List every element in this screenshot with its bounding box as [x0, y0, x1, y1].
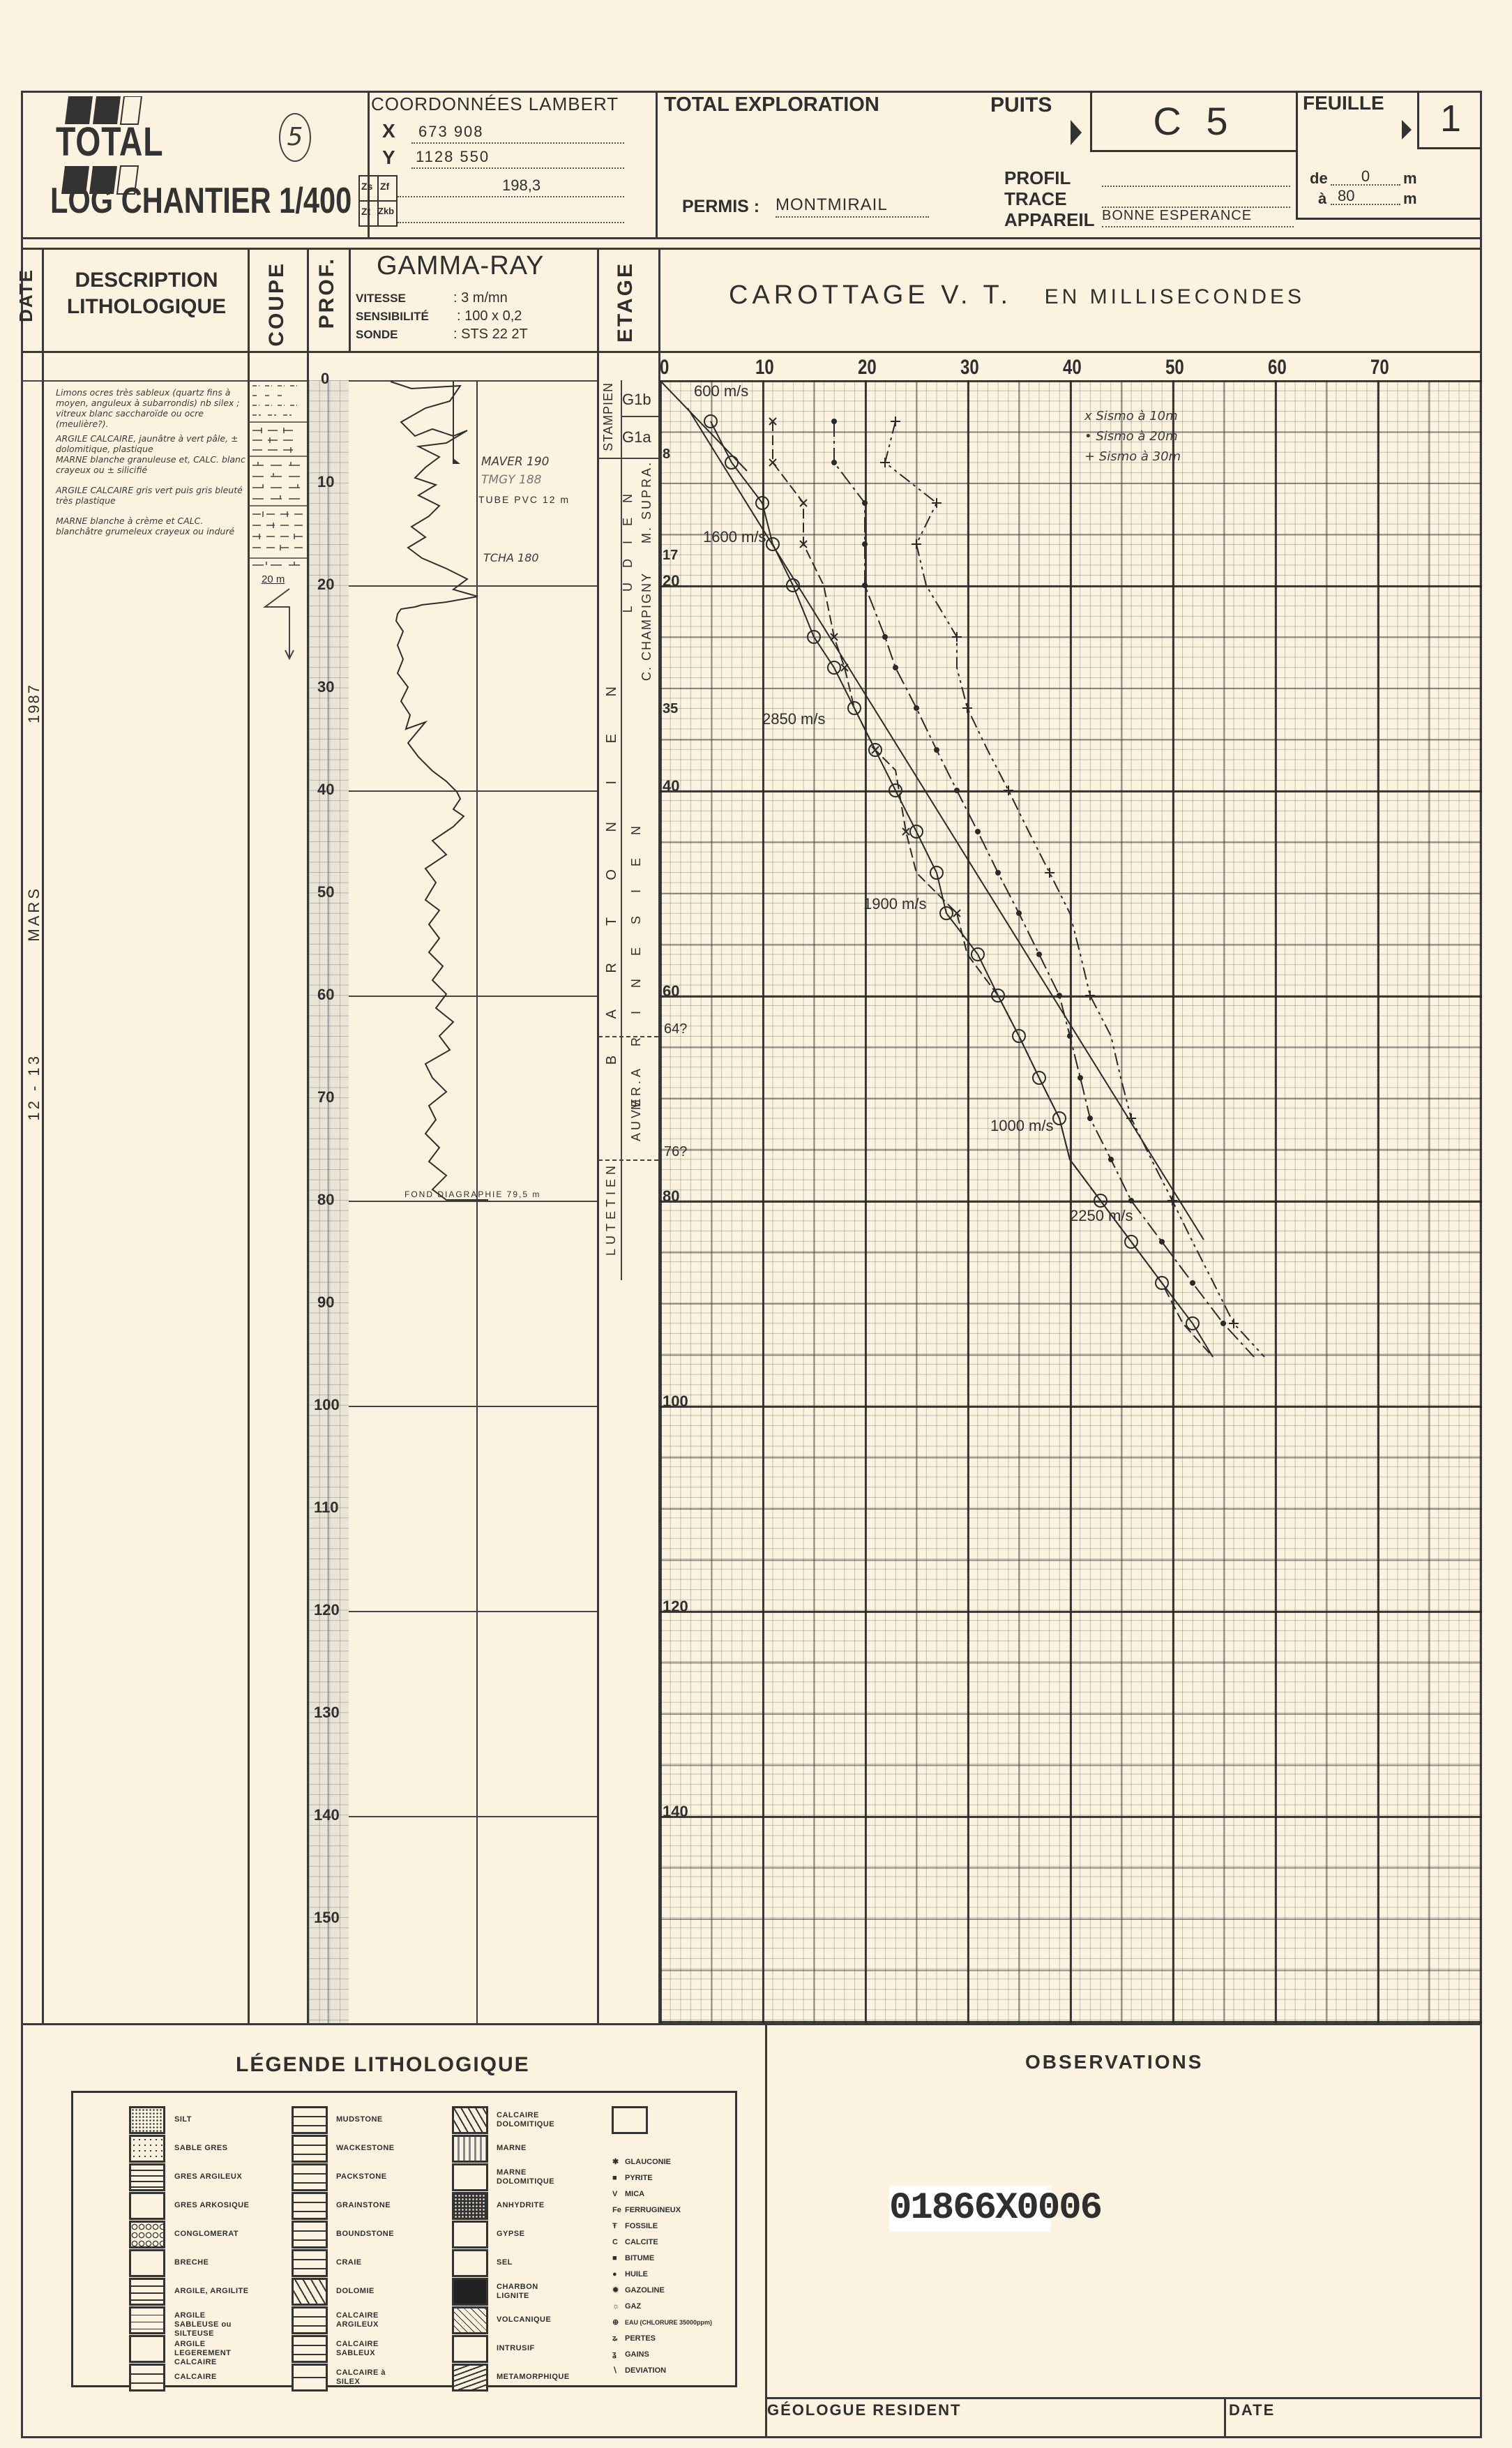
sensibilite-value: : 100 x 0,2	[457, 308, 522, 324]
depth-tick: 130	[314, 1704, 340, 1722]
legend-label: CRAIE	[336, 2258, 362, 2267]
x-tick: 10	[755, 356, 774, 380]
arrow-down-icon	[262, 587, 303, 668]
legend-swatch-argile-sableuse	[129, 2306, 165, 2334]
etage-m-supra: M. SUPRA.	[640, 460, 654, 543]
legend-entry-30m: + Sismo à 30m	[1084, 446, 1181, 467]
legend-swatch-breche	[129, 2249, 165, 2277]
legend-swatch-grainstone	[292, 2192, 328, 2220]
legend-swatch-volcanique	[452, 2306, 488, 2334]
legend-label: ARGILE LEGEREMENT CALCAIRE	[174, 2340, 258, 2367]
x-label: X	[382, 120, 395, 142]
gamma-annotation-tcha: TCHA 180	[483, 551, 539, 564]
date-col-sep	[42, 248, 44, 2023]
depth-tick: 0	[321, 370, 329, 388]
legend-swatch-mudstone	[292, 2106, 328, 2134]
description-item: MARNE blanche granuleuse et, CALC. blanc…	[56, 454, 245, 475]
date-month: MARS	[25, 886, 43, 942]
legend-swatch-silt	[129, 2106, 165, 2134]
de-field[interactable]: 0	[1331, 167, 1400, 186]
sonde-value: : STS 22 2T	[453, 326, 528, 343]
x-value: 673 908	[418, 123, 484, 140]
col-header-carottage: CAROTTAGE V. T. EN MILLISECONDES	[729, 280, 1305, 310]
etage-ludien: L U D I E N	[621, 488, 635, 613]
legend-swatch-calcaire-silex	[292, 2364, 328, 2391]
z-label-zf: Zf	[380, 181, 389, 192]
vitesse-value: : 3 m/mn	[453, 290, 508, 306]
legend-swatch-argile-calcaire	[129, 2335, 165, 2363]
gamma-annotation-maver: MAVER 190	[481, 455, 549, 469]
lithology-pattern-icon	[249, 380, 307, 572]
description-item: Limons ocres très sableux (quartz fins à…	[56, 387, 245, 429]
chart-depth-tick: 140	[663, 1803, 688, 1821]
feuille-label: FEUILLE	[1303, 92, 1384, 114]
geologue-field[interactable]	[767, 2421, 1220, 2436]
legend-label: GYPSE	[497, 2230, 524, 2239]
depth-tick: 80	[317, 1191, 334, 1209]
legend-symbol-item: VMICA	[612, 2186, 712, 2202]
col-header-description: DESCRIPTION LITHOLOGIQUE	[49, 267, 244, 320]
de-unit: m	[1403, 170, 1417, 188]
legend-swatch-gypse	[452, 2221, 488, 2248]
header-vsep-2	[656, 91, 658, 239]
legend-label: CALCAIRE ARGILEUX	[336, 2311, 392, 2329]
description-item: ARGILE CALCAIRE, jaunâtre à vert pâle, ±…	[56, 433, 245, 454]
depth-tick: 100	[314, 1396, 340, 1414]
sensibilite-label: SENSIBILITÉ	[356, 310, 429, 324]
legend-swatch-packstone	[292, 2163, 328, 2191]
x-tick: 50	[1165, 356, 1184, 380]
legend-label: MARNE DOLOMITIQUE	[497, 2168, 559, 2186]
legend-swatch-boundstone	[292, 2221, 328, 2248]
z-grid: Zs Zf Zt Zkb	[358, 175, 398, 227]
depth-tick: 40	[317, 781, 334, 799]
legend-swatch-gres-argileux	[129, 2163, 165, 2191]
observations-area[interactable]	[767, 2086, 1480, 2396]
legend-label: METAMORPHIQUE	[497, 2373, 570, 2382]
date-days: 12 - 13	[25, 1053, 43, 1121]
trace-field[interactable]	[1102, 190, 1290, 208]
coupe-note: 20 m	[262, 573, 285, 585]
legend-symbol-item: ∖DEVIATION	[612, 2363, 712, 2379]
legend-label: MARNE	[497, 2144, 527, 2153]
legend-symbol-item: ✹GAZOLINE	[612, 2283, 712, 2299]
col-header-description-text: DESCRIPTION LITHOLOGIQUE	[67, 269, 226, 318]
a-unit: m	[1403, 190, 1417, 208]
sonde-label: SONDE	[356, 328, 398, 342]
legend-entry-20m: • Sismo à 20m	[1084, 426, 1181, 446]
legend-label: CALCAIRE à SILEX	[336, 2368, 392, 2387]
legend-swatch-gres-arkosique	[129, 2192, 165, 2220]
legend-label: CHARBON LIGNITE	[497, 2283, 545, 2301]
carottage-unit: EN MILLISECONDES	[1045, 285, 1305, 308]
legend-symbol-item: ■BITUME	[612, 2251, 712, 2267]
legend-swatch-sel	[452, 2249, 488, 2277]
legend-symbol-item: ●HUILE	[612, 2267, 712, 2283]
etage-marinesien: M A R I N E S I E N	[629, 816, 644, 1110]
date-field[interactable]	[1227, 2421, 1479, 2436]
feuille-value: 1	[1440, 98, 1461, 140]
legend-swatch-argile	[129, 2278, 165, 2306]
col-header-coupe: COUPE	[265, 262, 289, 347]
depth-tick: 60	[317, 986, 334, 1004]
y-value: 1128 550	[416, 148, 490, 165]
vt-plot	[660, 380, 1482, 1427]
puits-label: PUITS	[990, 93, 1052, 117]
etage-c-champigny: C. CHAMPIGNY	[640, 572, 654, 681]
legend-title: LÉGENDE LITHOLOGIQUE	[236, 2053, 530, 2077]
legend-swatch-calcaire	[129, 2364, 165, 2391]
y-label: Y	[382, 147, 395, 169]
legend-swatch-intrusif	[452, 2335, 488, 2363]
permis-value: MONTMIRAIL	[776, 195, 888, 214]
legend-label: CALCAIRE DOLOMITIQUE	[497, 2111, 559, 2129]
depth-tick: 70	[317, 1088, 334, 1106]
legend-label: ANHYDRITE	[497, 2201, 545, 2210]
col-header-etage: ETAGE	[614, 262, 637, 343]
depth-tick: 50	[317, 883, 334, 901]
date-year: 1987	[25, 684, 43, 723]
legend-symbol-item: ☼GAZ	[612, 2299, 712, 2315]
legend-label: ARGILE SABLEUSE ou SILTEUSE	[174, 2311, 251, 2338]
x-tick: 60	[1268, 356, 1287, 380]
legend-swatch-charbon	[452, 2278, 488, 2306]
depth-tick: 110	[314, 1499, 339, 1517]
legend-label: INTRUSIF	[497, 2344, 535, 2353]
legend-label: CONGLOMERAT	[174, 2230, 239, 2239]
legend-swatch-metamorphique	[452, 2364, 488, 2391]
legend-swatch-conglomerat	[129, 2221, 165, 2248]
observations-title: OBSERVATIONS	[1025, 2051, 1203, 2073]
legend-symbol-item: ŦFOSSILE	[612, 2218, 712, 2235]
legend-swatch-craie	[292, 2249, 328, 2277]
legend-symbol-list: ✱GLAUCONIE ■PYRITE VMICA FeFERRUGINEUX Ŧ…	[612, 2154, 712, 2379]
archive-stamp-text: 01866X0006	[889, 2187, 1101, 2230]
etage-g1a: G1a	[622, 428, 651, 446]
appareil-label: APPAREIL	[1004, 209, 1095, 231]
velocity-label: 600 m/s	[694, 382, 748, 400]
legend-symbol-item: ʑPERTES	[612, 2331, 712, 2347]
legend-label: BRECHE	[174, 2258, 209, 2267]
geologue-resident-label: GÉOLOGUE RESIDENT	[767, 2401, 961, 2419]
vt-plot-icon	[660, 380, 1482, 1427]
etage-lutetien: LUTETIEN	[604, 1162, 619, 1256]
header-divider	[21, 237, 1482, 239]
legend-symbol-item: ■PYRITE	[612, 2170, 712, 2186]
legend-symbol-item: CCALCITE	[612, 2235, 712, 2251]
gamma-col-sep	[597, 248, 599, 2023]
chart-legend: x Sismo à 10m • Sismo à 20m + Sismo à 30…	[1084, 406, 1181, 467]
x-tick: 30	[960, 356, 979, 380]
x-tick: 20	[858, 356, 877, 380]
legend-label: GRES ARKOSIQUE	[174, 2201, 249, 2210]
feuille-arrow-icon	[1402, 120, 1412, 140]
lithology-descriptions: Limons ocres très sableux (quartz fins à…	[56, 387, 245, 536]
date-label: DATE	[1229, 2401, 1275, 2419]
trace-label: TRACE	[1004, 188, 1067, 210]
depth-tick: 120	[314, 1601, 340, 1619]
legend-entry-10m: x Sismo à 10m	[1084, 406, 1181, 426]
chart-depth-tick: 120	[663, 1598, 688, 1616]
legend-label: WACKESTONE	[336, 2144, 395, 2153]
etage-stampien: STAMPIEN	[601, 382, 616, 451]
depth-tick: 20	[317, 576, 334, 594]
velocity-label: 1900 m/s	[863, 895, 927, 913]
col-header-date: DATE	[15, 269, 37, 322]
depth-tick: 150	[314, 1909, 340, 1927]
a-value: 80	[1338, 187, 1354, 204]
y-field[interactable]: 1128 550	[411, 148, 624, 169]
zkb-field[interactable]	[398, 202, 624, 223]
legend-label: DOLOMIE	[336, 2287, 375, 2296]
circled-number: 5	[279, 113, 311, 162]
legend-swatch-anhydrite	[452, 2192, 488, 2220]
z-label-zs: Zs	[361, 181, 372, 192]
legend-label: VOLCANIQUE	[497, 2315, 551, 2325]
coords-title: COORDONNÉES LAMBERT	[371, 93, 619, 115]
z-label-zkb: Zkb	[378, 206, 394, 216]
legend-label: SILT	[174, 2115, 192, 2124]
permis-field[interactable]: MONTMIRAIL	[776, 195, 929, 218]
etage-g1b: G1b	[622, 391, 651, 409]
appareil-value: BONNE ESPERANCE	[1102, 208, 1252, 223]
velocity-label: 1000 m/s	[990, 1117, 1054, 1135]
legend-label: CALCAIRE	[174, 2373, 217, 2382]
description-item: ARGILE CALCAIRE gris vert puis gris bleu…	[56, 485, 245, 506]
a-field[interactable]: 80	[1331, 187, 1400, 205]
legend-label: CALCAIRE SABLEUX	[336, 2340, 392, 2358]
de-label: de	[1310, 170, 1328, 188]
carottage-title: CAROTTAGE V. T.	[729, 280, 1012, 310]
legend-symbol-item: ⊕EAU (CHLORURE 35000ppm)	[612, 2315, 712, 2331]
legend-label: PACKSTONE	[336, 2172, 387, 2182]
col-header-gamma: GAMMA-RAY	[377, 251, 545, 281]
description-item: MARNE blanche à crème et CALC. blanchâtr…	[56, 516, 245, 536]
depth-tick: 140	[314, 1806, 340, 1824]
legend-label: ARGILE, ARGILITE	[174, 2287, 249, 2296]
puits-arrow-icon	[1071, 120, 1082, 145]
legend-label: GRES ARGILEUX	[174, 2172, 242, 2182]
a-label: à	[1318, 190, 1326, 208]
z-field[interactable]: 198,3	[398, 177, 624, 197]
appareil-field[interactable]: BONNE ESPERANCE	[1102, 208, 1294, 227]
prof-col-sep	[349, 248, 351, 352]
legend-swatch-sable	[129, 2135, 165, 2163]
legend-label: GRAINSTONE	[336, 2201, 391, 2210]
brand-name: TOTAL	[56, 119, 163, 165]
circled-number-value: 5	[287, 123, 303, 151]
de-value: 0	[1361, 167, 1370, 185]
legend-label: MUDSTONE	[336, 2115, 383, 2124]
gamma-annotation-tube: TUBE PVC 12 m	[478, 494, 570, 505]
depth-tick: 10	[317, 473, 334, 491]
profil-label: PROFIL	[1004, 167, 1071, 189]
depth-tick: 90	[317, 1293, 334, 1312]
x-field[interactable]: 673 908	[411, 123, 624, 144]
profil-field[interactable]	[1102, 169, 1290, 187]
etage-bartonien: B A R T O N I E N	[604, 670, 620, 1065]
feuille-number-box[interactable]: 1	[1417, 91, 1482, 149]
depth-tick: 30	[317, 678, 334, 696]
x-tick: 40	[1063, 356, 1082, 380]
coupe-lithology-column	[249, 380, 307, 572]
company-name: TOTAL EXPLORATION	[664, 93, 879, 117]
velocity-label: 2850 m/s	[762, 710, 826, 728]
x-tick: 0	[660, 356, 669, 380]
puits-box[interactable]: C 5	[1090, 91, 1296, 152]
col-header-prof: PROF.	[315, 257, 339, 329]
x-tick: 70	[1370, 356, 1389, 380]
legend-swatch-calcaire-dolomitique	[452, 2106, 488, 2134]
legend-swatch-calcaire-sableux	[292, 2335, 328, 2363]
legend-symbol-item: ʓGAINS	[612, 2347, 712, 2363]
permis-label: PERMIS :	[682, 197, 759, 217]
legend-swatch-wackestone	[292, 2135, 328, 2163]
velocity-label: 2250 m/s	[1070, 1207, 1133, 1225]
log-title: LOG CHANTIER 1/400	[50, 180, 351, 222]
gamma-annotation-tmgy: TMGY 188	[481, 473, 541, 487]
velocity-label: 1600 m/s	[703, 528, 766, 546]
legend-swatch-marne-dolomitique	[452, 2163, 488, 2191]
legend-swatch-dolomie	[292, 2278, 328, 2306]
legend-label: SEL	[497, 2258, 513, 2267]
z-value: 198,3	[502, 177, 540, 194]
legend-swatch-calcaire-argileux	[292, 2306, 328, 2334]
archive-stamp: 01866X0006	[889, 2186, 1051, 2232]
legend-symbol-item: FeFERRUGINEUX	[612, 2202, 712, 2218]
legend-swatch-blank	[612, 2106, 648, 2134]
gamma-annotation-fond: FOND DIAGRAPHIE 79,5 m	[405, 1189, 540, 1199]
vitesse-label: VITESSE	[356, 292, 406, 306]
legend-symbol-item: ✱GLAUCONIE	[612, 2154, 712, 2170]
z-label-zt: Zt	[361, 206, 370, 217]
legend-label: BOUNDSTONE	[336, 2230, 394, 2239]
legend-label: SABLE GRES	[174, 2144, 228, 2153]
legend-swatch-marne	[452, 2135, 488, 2163]
etage-auver: AUVER.	[629, 1078, 644, 1141]
puits-value: C 5	[1153, 99, 1234, 143]
